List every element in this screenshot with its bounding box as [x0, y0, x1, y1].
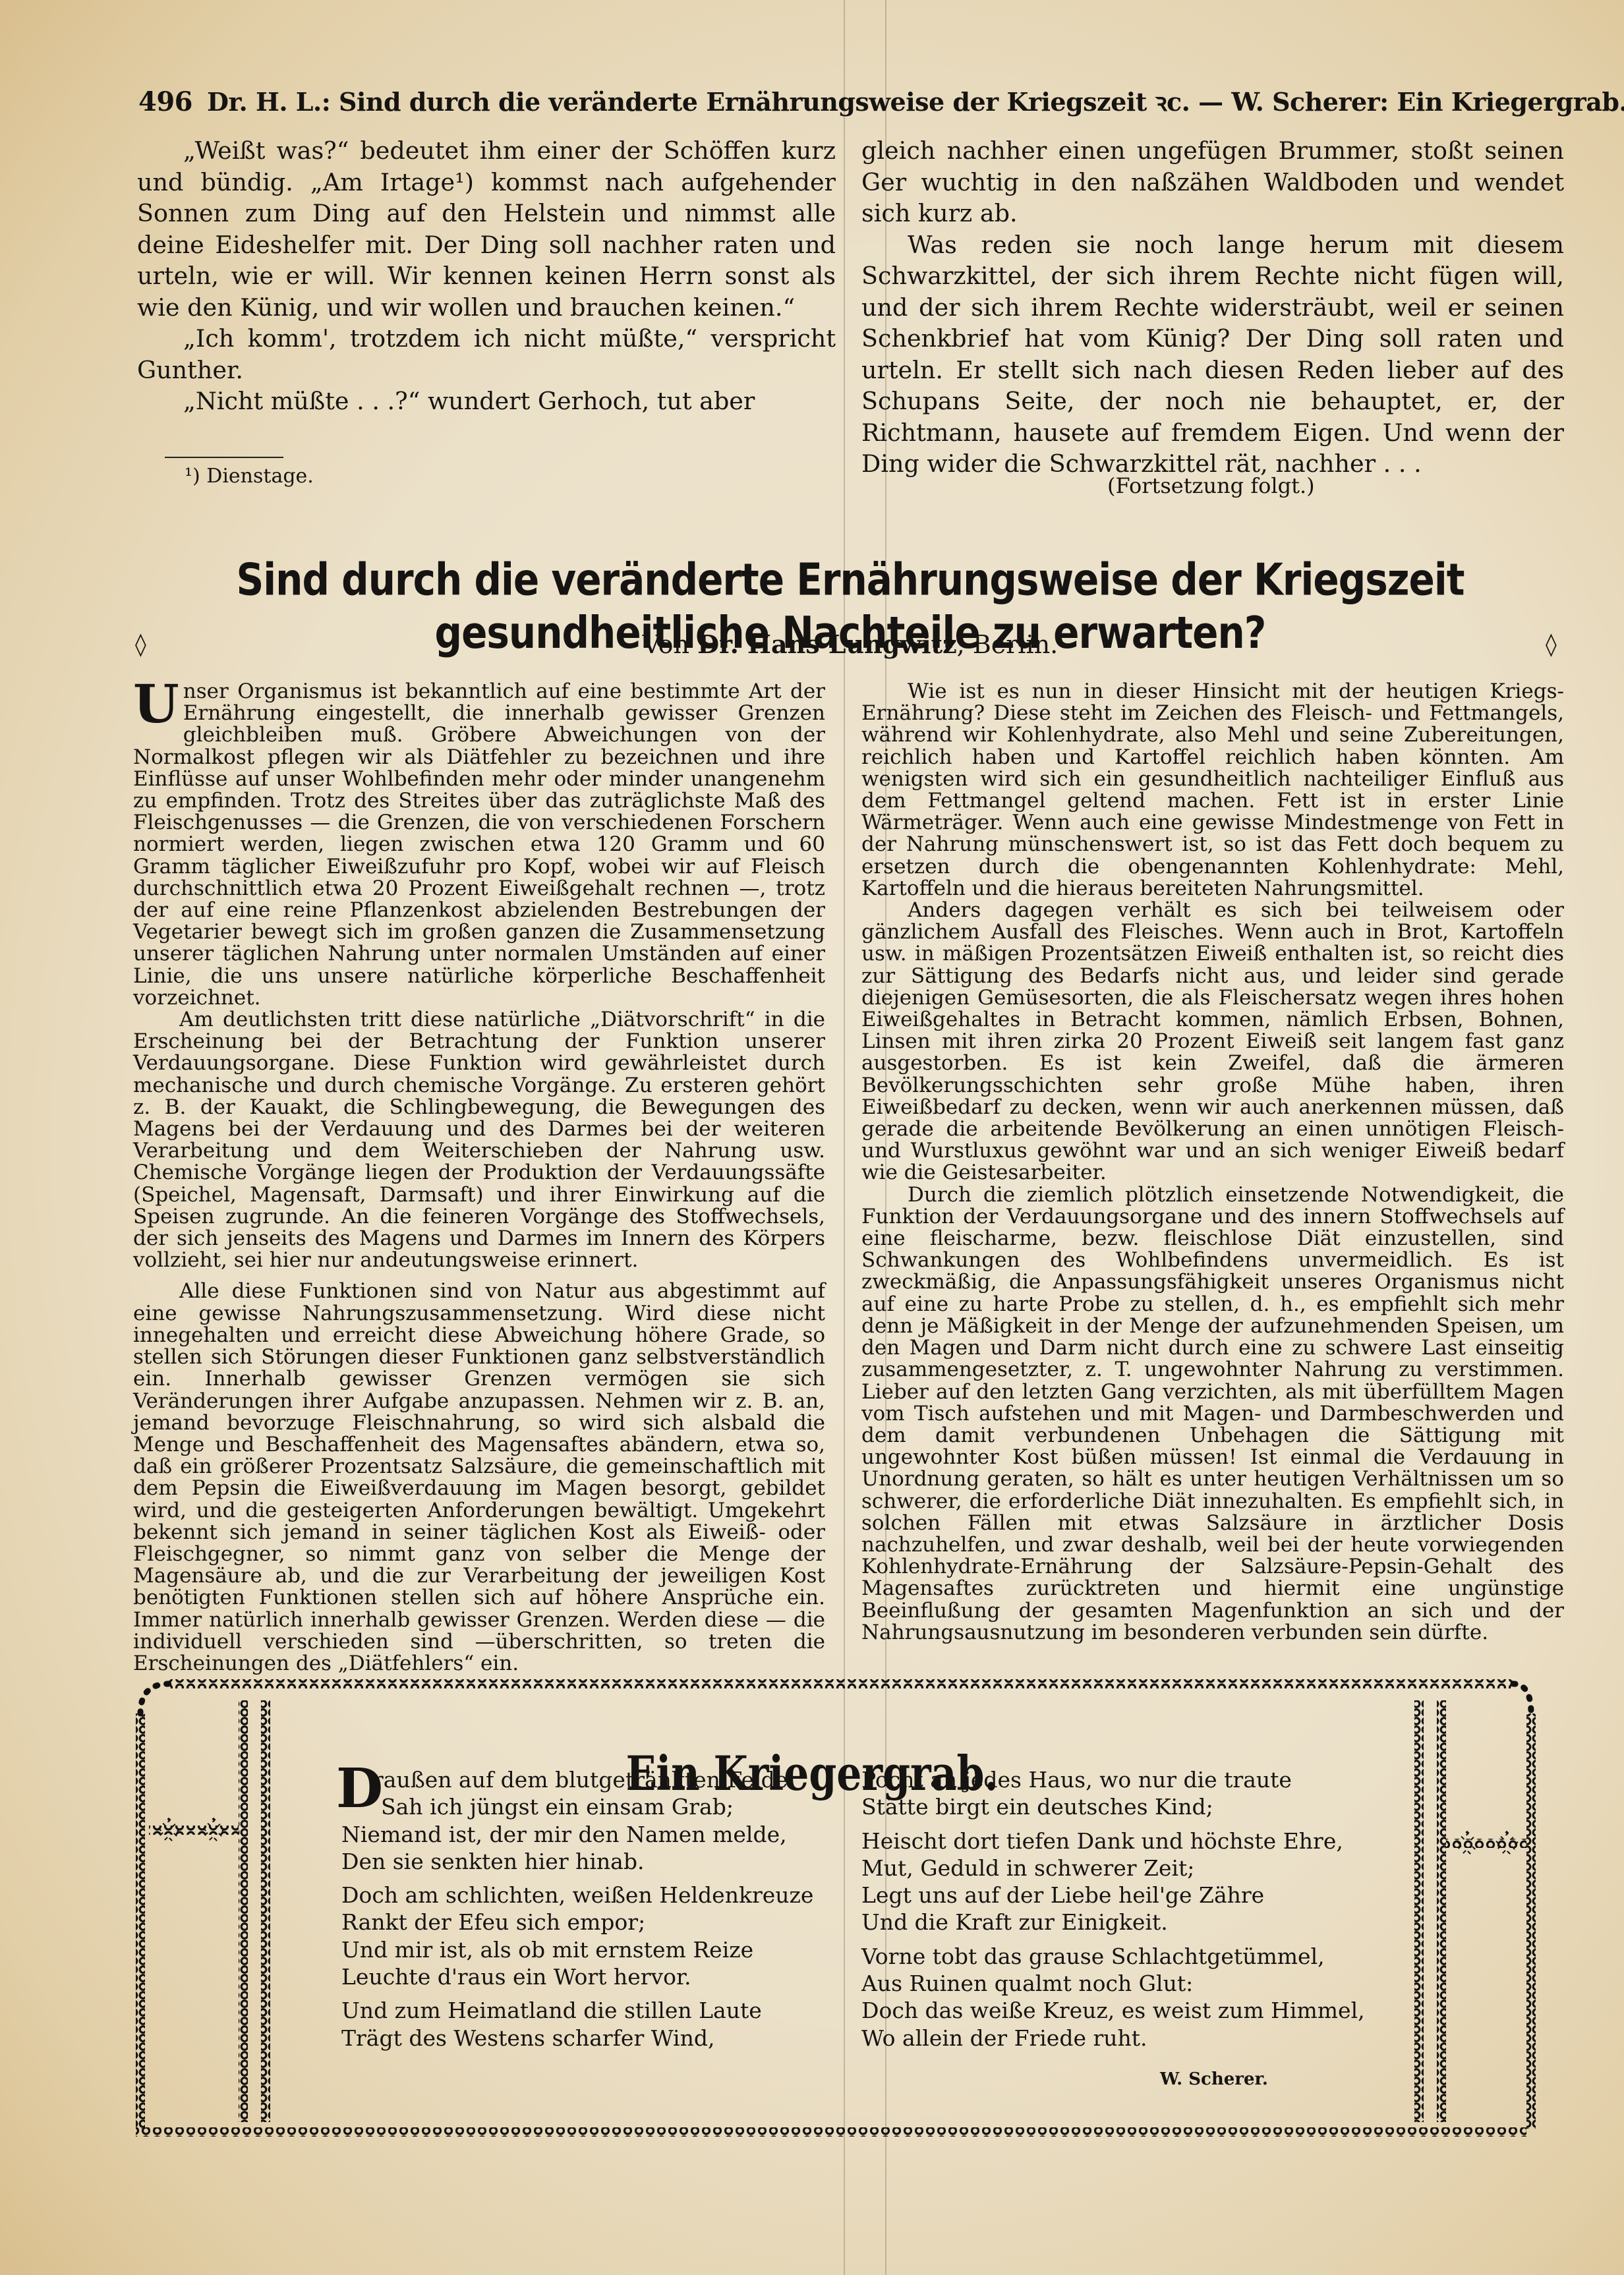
story-paragraph: „Weißt was?“ bedeutet ihm einer der Schö… — [137, 135, 836, 323]
poem-stanza: raußen auf dem blutgetränkten Felde Sah … — [341, 1766, 813, 1875]
diamond-ornament-icon: ◊ — [1546, 631, 1557, 658]
article-byline: Von Dr. Hans Lungwitz, Berlin. — [132, 629, 1569, 659]
poem-right-column: Pocht an jedes Haus, wo nur die traute S… — [861, 1766, 1365, 2058]
poem-line: Mut, Geduld in schwerer Zeit; — [861, 1855, 1365, 1882]
poem-line: Doch am schlichten, weißen Heldenkreuze — [341, 1882, 813, 1909]
running-head: 496 Dr. H. L.: Sind durch die veränderte… — [138, 84, 1562, 121]
poem-line: Und die Kraft zur Einigkeit. — [861, 1909, 1365, 1936]
story-paragraph: Was reden sie noch lange herum mit diese… — [861, 229, 1564, 480]
poem-line: Rankt der Efeu sich empor; — [341, 1909, 813, 1936]
story-paragraph: gleich nachher einen ungefügen Brummer, … — [861, 135, 1564, 229]
footnote: ¹) Dienstage. — [185, 465, 314, 488]
serial-story-right-column: gleich nachher einen ungefügen Brummer, … — [861, 135, 1564, 480]
poem-line: Trägt des Westens scharfer Wind, — [341, 2025, 813, 2052]
poem-stanza: Vorne tobt das grause Schlachtgetümmel, … — [861, 1943, 1365, 2052]
running-head-text: Dr. H. L.: Sind durch die veränderte Ern… — [207, 84, 1624, 119]
poem-line: raußen auf dem blutgetränkten Felde — [341, 1766, 813, 1793]
poem-line: Heischt dort tiefen Dank und höchste Ehr… — [861, 1828, 1365, 1855]
poem-stanza: Und zum Heimatland die stillen Laute Trä… — [341, 1997, 813, 2052]
article-paragraph-text: nser Organismus ist bekanntlich auf eine… — [133, 679, 825, 1010]
poem-line: Stätte birgt ein deutsches Kind; — [861, 1793, 1365, 1820]
poem-line: Wo allein der Friede ruht. — [861, 2025, 1365, 2052]
article-dropcap: U — [133, 682, 179, 726]
poem-left-column: raußen auf dem blutgetränkten Felde Sah … — [341, 1766, 813, 2058]
poem-line: Aus Ruinen qualmt noch Glut: — [861, 1970, 1365, 1997]
poem-line: Legt uns auf der Liebe heil'ge Zähre — [861, 1882, 1365, 1909]
byline-author: Dr. Hans Lungwitz — [697, 629, 957, 659]
page-number: 496 — [138, 86, 192, 117]
poem-line: Pocht an jedes Haus, wo nur die traute — [861, 1766, 1365, 1793]
poem-stanza: Pocht an jedes Haus, wo nur die traute S… — [861, 1766, 1365, 1821]
poem-line: Den sie senkten hier hinab. — [341, 1848, 813, 1875]
poem-line: Sah ich jüngst ein einsam Grab; — [341, 1793, 813, 1820]
continued-note: (Fortsetzung folgt.) — [1107, 473, 1315, 498]
poem-line: Und zum Heimatland die stillen Laute — [341, 1997, 813, 2024]
poem-line: Leuchte d'raus ein Wort hervor. — [341, 1963, 813, 1990]
poem-stanza: Heischt dort tiefen Dank und höchste Ehr… — [861, 1828, 1365, 1936]
poem-line: Doch das weiße Kreuz, es weist zum Himme… — [861, 1997, 1365, 2024]
story-paragraph: „Ich komm', trotzdem ich nicht müßte,“ v… — [137, 323, 836, 386]
footnote-divider — [165, 457, 283, 458]
serial-story-left-column: „Weißt was?“ bedeutet ihm einer der Schö… — [137, 135, 836, 417]
article-left-column: Unser Organismus ist bekanntlich auf ein… — [133, 681, 825, 1675]
poem-stanza: Doch am schlichten, weißen Heldenkreuze … — [341, 1882, 813, 1990]
article-paragraph: Alle diese Funktionen sind von Natur aus… — [133, 1281, 825, 1675]
byline-suffix: , Berlin. — [957, 630, 1058, 659]
poem-line: Niemand ist, der mir den Namen melde, — [341, 1821, 813, 1848]
poem-author-signature: W. Scherer. — [1160, 2069, 1268, 2089]
article-paragraph: Durch die ziemlich plötzlich einsetzende… — [861, 1184, 1564, 1644]
poem-line: Vorne tobt das grause Schlachtgetümmel, — [861, 1943, 1365, 1970]
poem-line: Und mir ist, als ob mit ernstem Reize — [341, 1936, 813, 1963]
story-paragraph: „Nicht müßte . . .?“ wundert Gerhoch, tu… — [137, 386, 836, 417]
article-paragraph: Wie ist es nun in dieser Hinsicht mit de… — [861, 681, 1564, 900]
byline-prefix: Von — [643, 630, 697, 659]
article-paragraph: Unser Organismus ist bekanntlich auf ein… — [133, 681, 825, 1009]
article-paragraph: Anders dagegen verhält es sich bei teilw… — [861, 900, 1564, 1184]
article-right-column: Wie ist es nun in dieser Hinsicht mit de… — [861, 681, 1564, 1644]
article-paragraph: Am deutlichsten tritt diese natürliche „… — [133, 1009, 825, 1271]
